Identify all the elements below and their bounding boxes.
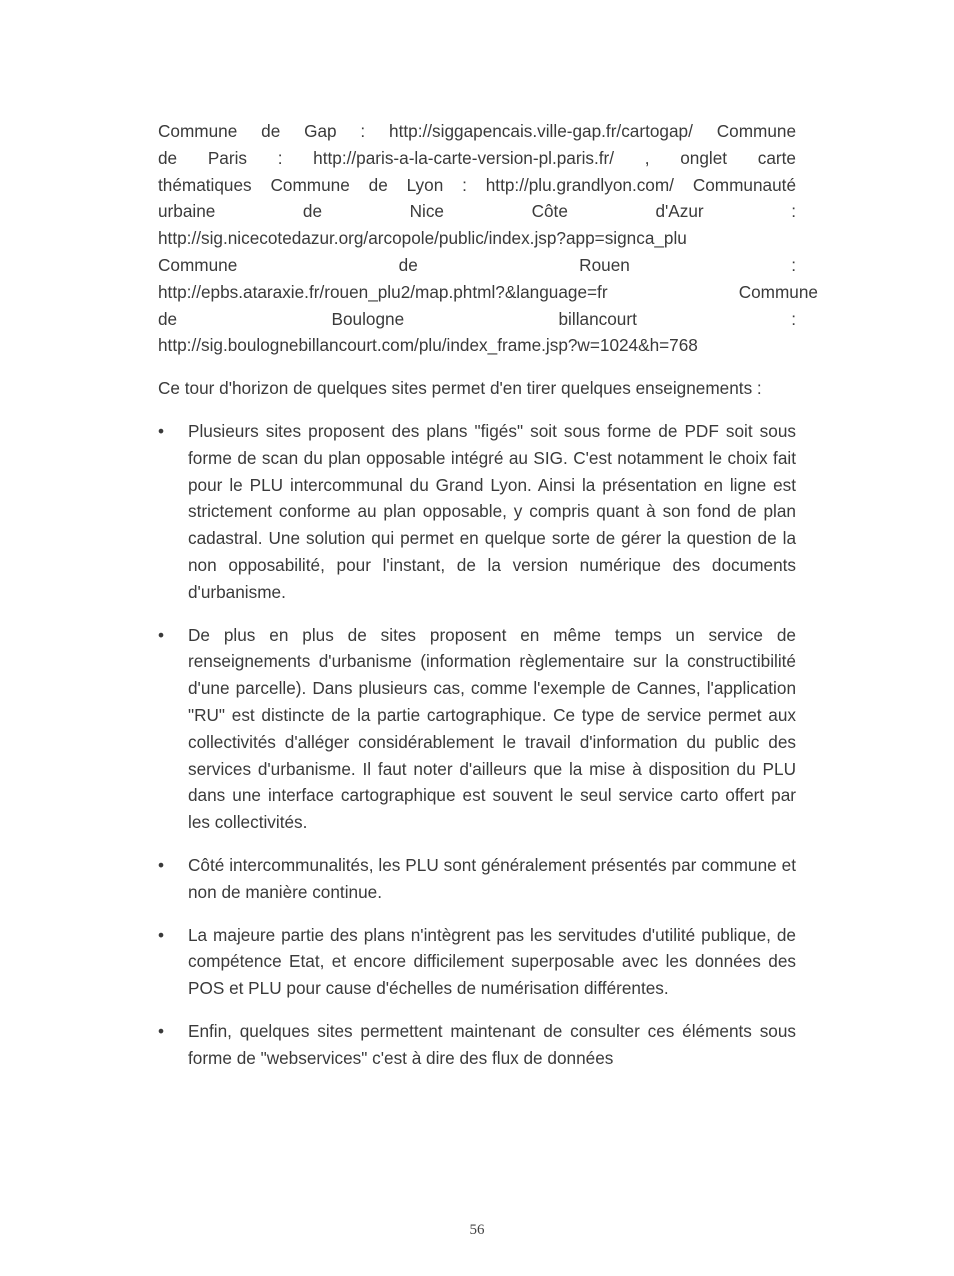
- links-line: http://sig.nicecotedazur.org/arcopole/pu…: [158, 225, 796, 252]
- bullet-icon: •: [158, 1018, 168, 1045]
- links-line: http://sig.boulognebillancourt.com/plu/i…: [158, 332, 796, 359]
- findings-list: • Plusieurs sites proposent des plans "f…: [158, 418, 796, 1072]
- list-item-text: Enfin, quelques sites permettent mainten…: [188, 1021, 796, 1068]
- list-item-text: Plusieurs sites proposent des plans "fig…: [188, 421, 796, 602]
- links-line: de Paris : http://paris-a-la-carte-versi…: [158, 145, 796, 172]
- sites-links-paragraph: Commune de Gap : http://siggapencais.vil…: [158, 118, 796, 359]
- list-item: • La majeure partie des plans n'intègren…: [158, 922, 796, 1002]
- links-line: de Boulogne billancourt :: [158, 306, 796, 333]
- list-item-text: De plus en plus de sites proposent en mê…: [188, 625, 796, 833]
- list-item: • Enfin, quelques sites permettent maint…: [158, 1018, 796, 1072]
- links-line: urbaine de Nice Côte d'Azur :: [158, 198, 796, 225]
- bullet-icon: •: [158, 922, 168, 949]
- bullet-icon: •: [158, 852, 168, 879]
- bullet-icon: •: [158, 418, 168, 445]
- links-line: thématiques Commune de Lyon : http://plu…: [158, 172, 796, 199]
- links-line: Commune de Rouen :: [158, 252, 796, 279]
- list-item: • Côté intercommunalités, les PLU sont g…: [158, 852, 796, 906]
- list-item: • De plus en plus de sites proposent en …: [158, 622, 796, 836]
- list-item-text: La majeure partie des plans n'intègrent …: [188, 925, 796, 999]
- links-line: Commune de Gap : http://siggapencais.vil…: [158, 118, 796, 145]
- page-number: 56: [0, 1222, 954, 1239]
- intro-paragraph: Ce tour d'horizon de quelques sites perm…: [158, 375, 796, 402]
- list-item: • Plusieurs sites proposent des plans "f…: [158, 418, 796, 606]
- document-page: Commune de Gap : http://siggapencais.vil…: [158, 118, 796, 1088]
- links-line: http://epbs.ataraxie.fr/rouen_plu2/map.p…: [158, 279, 818, 306]
- list-item-text: Côté intercommunalités, les PLU sont gén…: [188, 855, 796, 902]
- bullet-icon: •: [158, 622, 168, 649]
